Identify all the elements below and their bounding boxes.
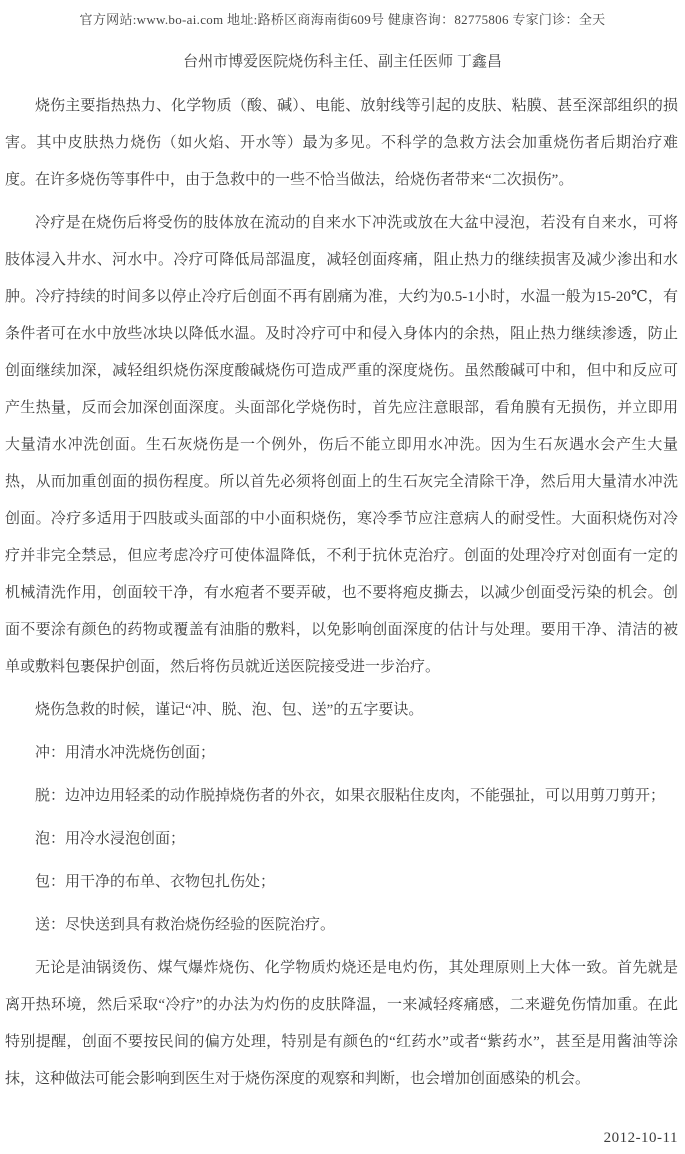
paragraph-five-rules-intro: 烧伤急救的时候，谨记“冲、脱、泡、包、送”的五字要诀。 — [5, 692, 678, 729]
author-title-line: 台州市博爱医院烧伤科主任、副主任医师 丁鑫昌 — [0, 50, 685, 71]
paragraph-closing-advice: 无论是油锅烫伤、煤气爆炸烧伤、化学物质灼烧还是电灼伤，其处理原则上大体一致。首先… — [5, 950, 678, 1098]
paragraph-rule-send: 送：尽快送到具有救治烧伤经验的医院治疗。 — [5, 907, 678, 944]
paragraph-rule-rinse: 冲：用清水冲洗烧伤创面； — [5, 735, 678, 772]
paragraph-rule-wrap: 包：用干净的布单、衣物包扎伤处； — [5, 864, 678, 901]
article-body: 烧伤主要指热热力、化学物质（酸、碱）、电能、放射线等引起的皮肤、粘膜、甚至深部组… — [0, 71, 685, 1098]
paragraph-intro: 烧伤主要指热热力、化学物质（酸、碱）、电能、放射线等引起的皮肤、粘膜、甚至深部组… — [5, 88, 678, 199]
hospital-contact-info: 官方网站:www.bo-ai.com 地址:路桥区商海南街609号 健康咨询：8… — [0, 0, 685, 28]
paragraph-cold-therapy: 冷疗是在烧伤后将受伤的肢体放在流动的自来水下冲洗或放在大盆中浸泡，若没有自来水，… — [5, 205, 678, 686]
paragraph-rule-soak: 泡：用冷水浸泡创面； — [5, 821, 678, 858]
article-page: 官方网站:www.bo-ai.com 地址:路桥区商海南街609号 健康咨询：8… — [0, 0, 685, 1154]
paragraph-rule-remove: 脱：边冲边用轻柔的动作脱掉烧伤者的外衣，如果衣服粘住皮肉，不能强扯，可以用剪刀剪… — [5, 778, 678, 815]
publish-date: 2012-10-11 — [604, 1130, 678, 1147]
